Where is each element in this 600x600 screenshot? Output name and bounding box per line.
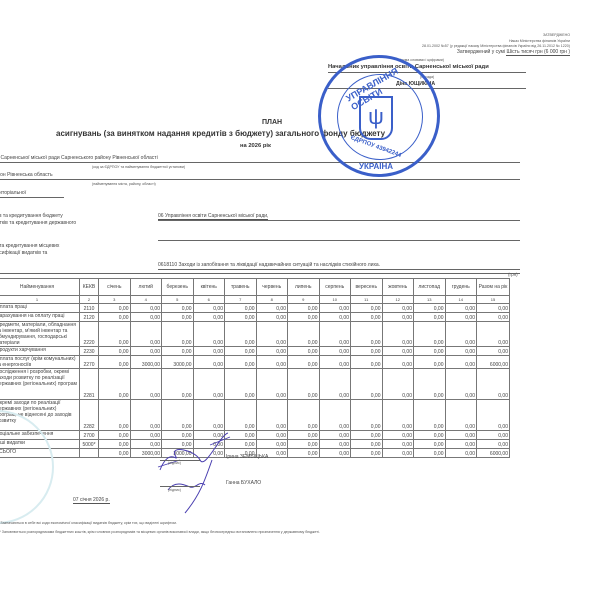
column-header: листопад: [414, 279, 446, 296]
row-value: 0,00: [319, 449, 351, 458]
row-value: 0,00: [99, 400, 131, 431]
row-value: 0,00: [130, 304, 162, 313]
row-value: 0,00: [445, 356, 477, 369]
row-value: 0,00: [288, 356, 320, 369]
row-name: Оплата послуг (крім комунальних) та енер…: [0, 356, 80, 369]
row-value: 0,00: [256, 369, 288, 400]
table-row: Дослідження і розробки, окремі заходи ро…: [0, 369, 510, 400]
footnote-1: * Зазначаються в себе всі коди економічн…: [0, 521, 177, 525]
row-value: 0,00: [288, 304, 320, 313]
column-header: червень: [256, 279, 288, 296]
row-value: 0,00: [477, 369, 510, 400]
row-kekv: 2281: [80, 369, 99, 400]
row-value: 0,00: [130, 313, 162, 322]
head-name: Ірина ЗЕМБІЦЬКА: [226, 454, 268, 460]
row-value: 0,00: [445, 369, 477, 400]
column-number: 7: [225, 296, 257, 304]
row-value: 6000,00: [477, 356, 510, 369]
row-value: 0,00: [256, 347, 288, 356]
table-header-row: НайменуванняКЕКВсіченьлютийберезеньквіте…: [0, 279, 510, 296]
row-value: 0,00: [351, 347, 383, 356]
row-value: 0,00: [319, 304, 351, 313]
column-header: липень: [288, 279, 320, 296]
institution-location: Сарненський район Рівненська область: [0, 172, 53, 178]
row-value: 0,00: [319, 313, 351, 322]
dept-label-1: Код та назва відомчої класифікації видат…: [0, 213, 63, 219]
row-value: 0,00: [319, 369, 351, 400]
row-value: 0,00: [351, 304, 383, 313]
row-value: 0,00: [288, 369, 320, 400]
row-value: 0,00: [193, 347, 225, 356]
row-name: Нарахування на оплату праці: [0, 313, 80, 322]
row-value: 0,00: [225, 304, 257, 313]
row-value: 0,00: [445, 440, 477, 449]
row-value: 0,00: [382, 304, 414, 313]
row-value: 0,00: [288, 313, 320, 322]
row-value: 0,00: [256, 440, 288, 449]
row-value: 0,00: [445, 304, 477, 313]
row-value: 0,00: [99, 431, 131, 440]
approved-sum: Затверджений у сумі Шість тисяч грн (6 0…: [457, 49, 570, 55]
institution-hint: (код за ЄДРПОУ та найменування бюджетної…: [92, 165, 185, 169]
row-value: 0,00: [99, 369, 131, 400]
row-value: 0,00: [288, 347, 320, 356]
row-value: 0,00: [477, 304, 510, 313]
row-value: 0,00: [382, 400, 414, 431]
row-value: 0,00: [193, 369, 225, 400]
row-value: 0,00: [477, 431, 510, 440]
row-value: 0,00: [193, 322, 225, 347]
row-value: 0,00: [414, 400, 446, 431]
row-value: 0,00: [414, 440, 446, 449]
row-value: 0,00: [445, 449, 477, 458]
row-value: 0,00: [414, 431, 446, 440]
row-value: 0,00: [351, 322, 383, 347]
row-value: 0,00: [256, 304, 288, 313]
row-value: 0,00: [193, 356, 225, 369]
table-row: Окремі заходи по реалізації державних (р…: [0, 400, 510, 431]
location-hint: (найменування міста, району, області): [92, 182, 156, 186]
row-value: 0,00: [162, 304, 194, 313]
plan-heading: ПЛАН: [262, 119, 282, 126]
row-value: 0,00: [351, 440, 383, 449]
row-value: 0,00: [414, 449, 446, 458]
head-signature-hint: (підпис): [168, 461, 181, 465]
row-value: 0,00: [256, 356, 288, 369]
column-header: Найменування: [0, 279, 80, 296]
row-value: 0,00: [256, 431, 288, 440]
column-number: 6: [193, 296, 225, 304]
row-value: 0,00: [414, 322, 446, 347]
row-value: 0,00: [225, 322, 257, 347]
row-value: 0,00: [99, 304, 131, 313]
table-row: Продукти харчування22300,000,000,000,000…: [0, 347, 510, 356]
row-value: 0,00: [225, 369, 257, 400]
table-row: Оплата праці21100,000,000,000,000,000,00…: [0, 304, 510, 313]
row-value: 3000,00: [130, 356, 162, 369]
row-value: 0,00: [288, 440, 320, 449]
row-kekv: 2230: [80, 347, 99, 356]
table-row: Нарахування на оплату праці21200,000,000…: [0, 313, 510, 322]
row-value: 0,00: [445, 347, 477, 356]
row-value: 0,00: [130, 369, 162, 400]
table-row: Інші видатки5000*0,000,000,000,000,000,0…: [0, 440, 510, 449]
row-kekv: 2120: [80, 313, 99, 322]
row-value: 0,00: [382, 369, 414, 400]
row-value: 0,00: [477, 313, 510, 322]
row-value: 0,00: [193, 313, 225, 322]
row-value: 6000,00: [477, 449, 510, 458]
column-number: 15: [477, 296, 510, 304]
dept-label-2: Код та назва програмної класифікації вид…: [0, 220, 76, 226]
row-value: 0,00: [382, 347, 414, 356]
column-number: 13: [414, 296, 446, 304]
row-value: 0,00: [256, 322, 288, 347]
program-label-2: бюджетів (код та назва Типової програмно…: [0, 250, 47, 256]
row-value: 0,00: [99, 313, 131, 322]
row-value: 0,00: [382, 440, 414, 449]
column-header: Разом на рік: [477, 279, 510, 296]
row-value: 0,00: [256, 400, 288, 431]
row-value: 0,00: [351, 449, 383, 458]
row-value: 0,00: [225, 356, 257, 369]
row-value: 0,00: [319, 322, 351, 347]
row-value: 0,00: [351, 431, 383, 440]
row-name: Оплата праці: [0, 304, 80, 313]
row-value: 0,00: [162, 313, 194, 322]
plan-table: НайменуванняКЕКВсіченьлютийберезеньквіте…: [0, 278, 510, 458]
unit-label: (грн): [508, 272, 518, 277]
row-kekv: 2700: [80, 431, 99, 440]
row-value: 0,00: [319, 347, 351, 356]
column-number: 9: [288, 296, 320, 304]
row-value: 0,00: [319, 431, 351, 440]
column-number: 11: [351, 296, 383, 304]
column-number: 2: [80, 296, 99, 304]
row-name: Дослідження і розробки, окремі заходи ро…: [0, 369, 80, 400]
row-value: 0,00: [445, 431, 477, 440]
row-value: 0,00: [162, 322, 194, 347]
row-value: 0,00: [319, 400, 351, 431]
row-value: 0,00: [351, 356, 383, 369]
row-value: 0,00: [288, 431, 320, 440]
row-value: 0,00: [477, 322, 510, 347]
row-value: 0,00: [256, 313, 288, 322]
stamp-country: УКРАЇНА: [359, 162, 393, 171]
row-value: 0,00: [225, 313, 257, 322]
row-value: 0,00: [351, 369, 383, 400]
row-value: 0,00: [319, 440, 351, 449]
row-kekv: 5000*: [80, 440, 99, 449]
row-value: 0,00: [162, 347, 194, 356]
row-kekv: [80, 449, 99, 458]
row-value: 0,00: [382, 431, 414, 440]
footnote-2: ** Заповнюється розпорядниками бюджетних…: [0, 530, 320, 534]
column-number: 4: [130, 296, 162, 304]
plan-year: на 2026 рік: [240, 143, 271, 149]
column-number: 8: [256, 296, 288, 304]
row-value: 0,00: [288, 322, 320, 347]
column-number: 3: [99, 296, 131, 304]
program-value: 0618110 Заходи із запобігання та ліквіда…: [158, 262, 380, 268]
approved-sum-value: Шість тисяч грн (6 000 грн ): [506, 49, 570, 56]
column-header: грудень: [445, 279, 477, 296]
column-header: січень: [99, 279, 131, 296]
row-value: 0,00: [225, 347, 257, 356]
column-header: лютий: [130, 279, 162, 296]
row-value: 0,00: [382, 449, 414, 458]
row-value: 0,00: [477, 440, 510, 449]
column-number: 5: [162, 296, 194, 304]
row-value: 0,00: [477, 400, 510, 431]
row-value: 0,00: [382, 356, 414, 369]
official-stamp: ψ УПРАВЛІННЯ ОСВІТИ ЄДРПОУ 43942244 УКРА…: [318, 55, 440, 177]
row-value: 0,00: [477, 347, 510, 356]
institution-name: Сарненська гімназія Сарненської міської …: [0, 155, 158, 161]
row-value: 0,00: [99, 356, 131, 369]
row-value: 0,00: [414, 304, 446, 313]
row-value: 0,00: [414, 369, 446, 400]
accountant-name: Ганна БУХАЛО: [226, 480, 261, 486]
row-value: 0,00: [99, 347, 131, 356]
row-value: 0,00: [414, 347, 446, 356]
approved-sum-label: Затверджений у сумі: [457, 49, 505, 55]
signature-scribbles: [150, 425, 240, 515]
row-value: 0,00: [99, 440, 131, 449]
row-kekv: 2270: [80, 356, 99, 369]
column-number: 12: [382, 296, 414, 304]
dept-value: 06 Управління освіти Сарненської міської…: [158, 213, 268, 220]
order-line2: 28.01.2002 №57 (у редакції наказу Мініст…: [422, 44, 570, 48]
row-value: 0,00: [288, 449, 320, 458]
accountant-signature-hint: (підпис): [168, 488, 181, 492]
row-value: 0,00: [319, 356, 351, 369]
order-line1: Наказ Міністерства фінансів України: [509, 39, 570, 43]
column-header: жовтень: [382, 279, 414, 296]
column-header: квітень: [193, 279, 225, 296]
row-value: 0,00: [99, 322, 131, 347]
column-header: вересень: [351, 279, 383, 296]
row-value: 0,00: [445, 313, 477, 322]
row-value: 0,00: [130, 322, 162, 347]
row-value: 0,00: [351, 313, 383, 322]
row-name: Продукти харчування: [0, 347, 80, 356]
column-header: КЕКВ: [80, 279, 99, 296]
approved-label: ЗАТВЕРДЖЕНО: [543, 33, 570, 37]
row-value: 0,00: [162, 369, 194, 400]
program-label-1: Код та назва програмної класифікації вид…: [0, 243, 59, 249]
row-value: 0,00: [445, 322, 477, 347]
row-value: 0,00: [130, 347, 162, 356]
table-row: Соціальне забезпечення27000,000,000,000,…: [0, 431, 510, 440]
row-value: 0,00: [99, 449, 131, 458]
row-value: 3000,00: [162, 356, 194, 369]
row-kekv: 2282: [80, 400, 99, 431]
row-value: 0,00: [288, 400, 320, 431]
row-value: 0,00: [414, 313, 446, 322]
row-value: 0,00: [414, 356, 446, 369]
budget-name: Бюджет Сарненської міської територіально…: [0, 190, 26, 196]
row-kekv: 2110: [80, 304, 99, 313]
table-row: Оплата послуг (крім комунальних) та енер…: [0, 356, 510, 369]
row-value: 0,00: [382, 313, 414, 322]
row-value: 0,00: [445, 400, 477, 431]
row-kekv: 2220: [80, 322, 99, 347]
row-value: 0,00: [193, 304, 225, 313]
column-header: березень: [162, 279, 194, 296]
table-row: Предмети, матеріали, обладнання та інвен…: [0, 322, 510, 347]
row-value: 0,00: [382, 322, 414, 347]
column-header: травень: [225, 279, 257, 296]
row-name: Предмети, матеріали, обладнання та інвен…: [0, 322, 80, 347]
signing-date: 07 січня 2026 р.: [73, 497, 110, 504]
column-number: 10: [319, 296, 351, 304]
row-value: 0,00: [351, 400, 383, 431]
column-number-row: 123456789101112131415: [0, 296, 510, 304]
column-number: 14: [445, 296, 477, 304]
column-number: 1: [0, 296, 80, 304]
column-header: серпень: [319, 279, 351, 296]
